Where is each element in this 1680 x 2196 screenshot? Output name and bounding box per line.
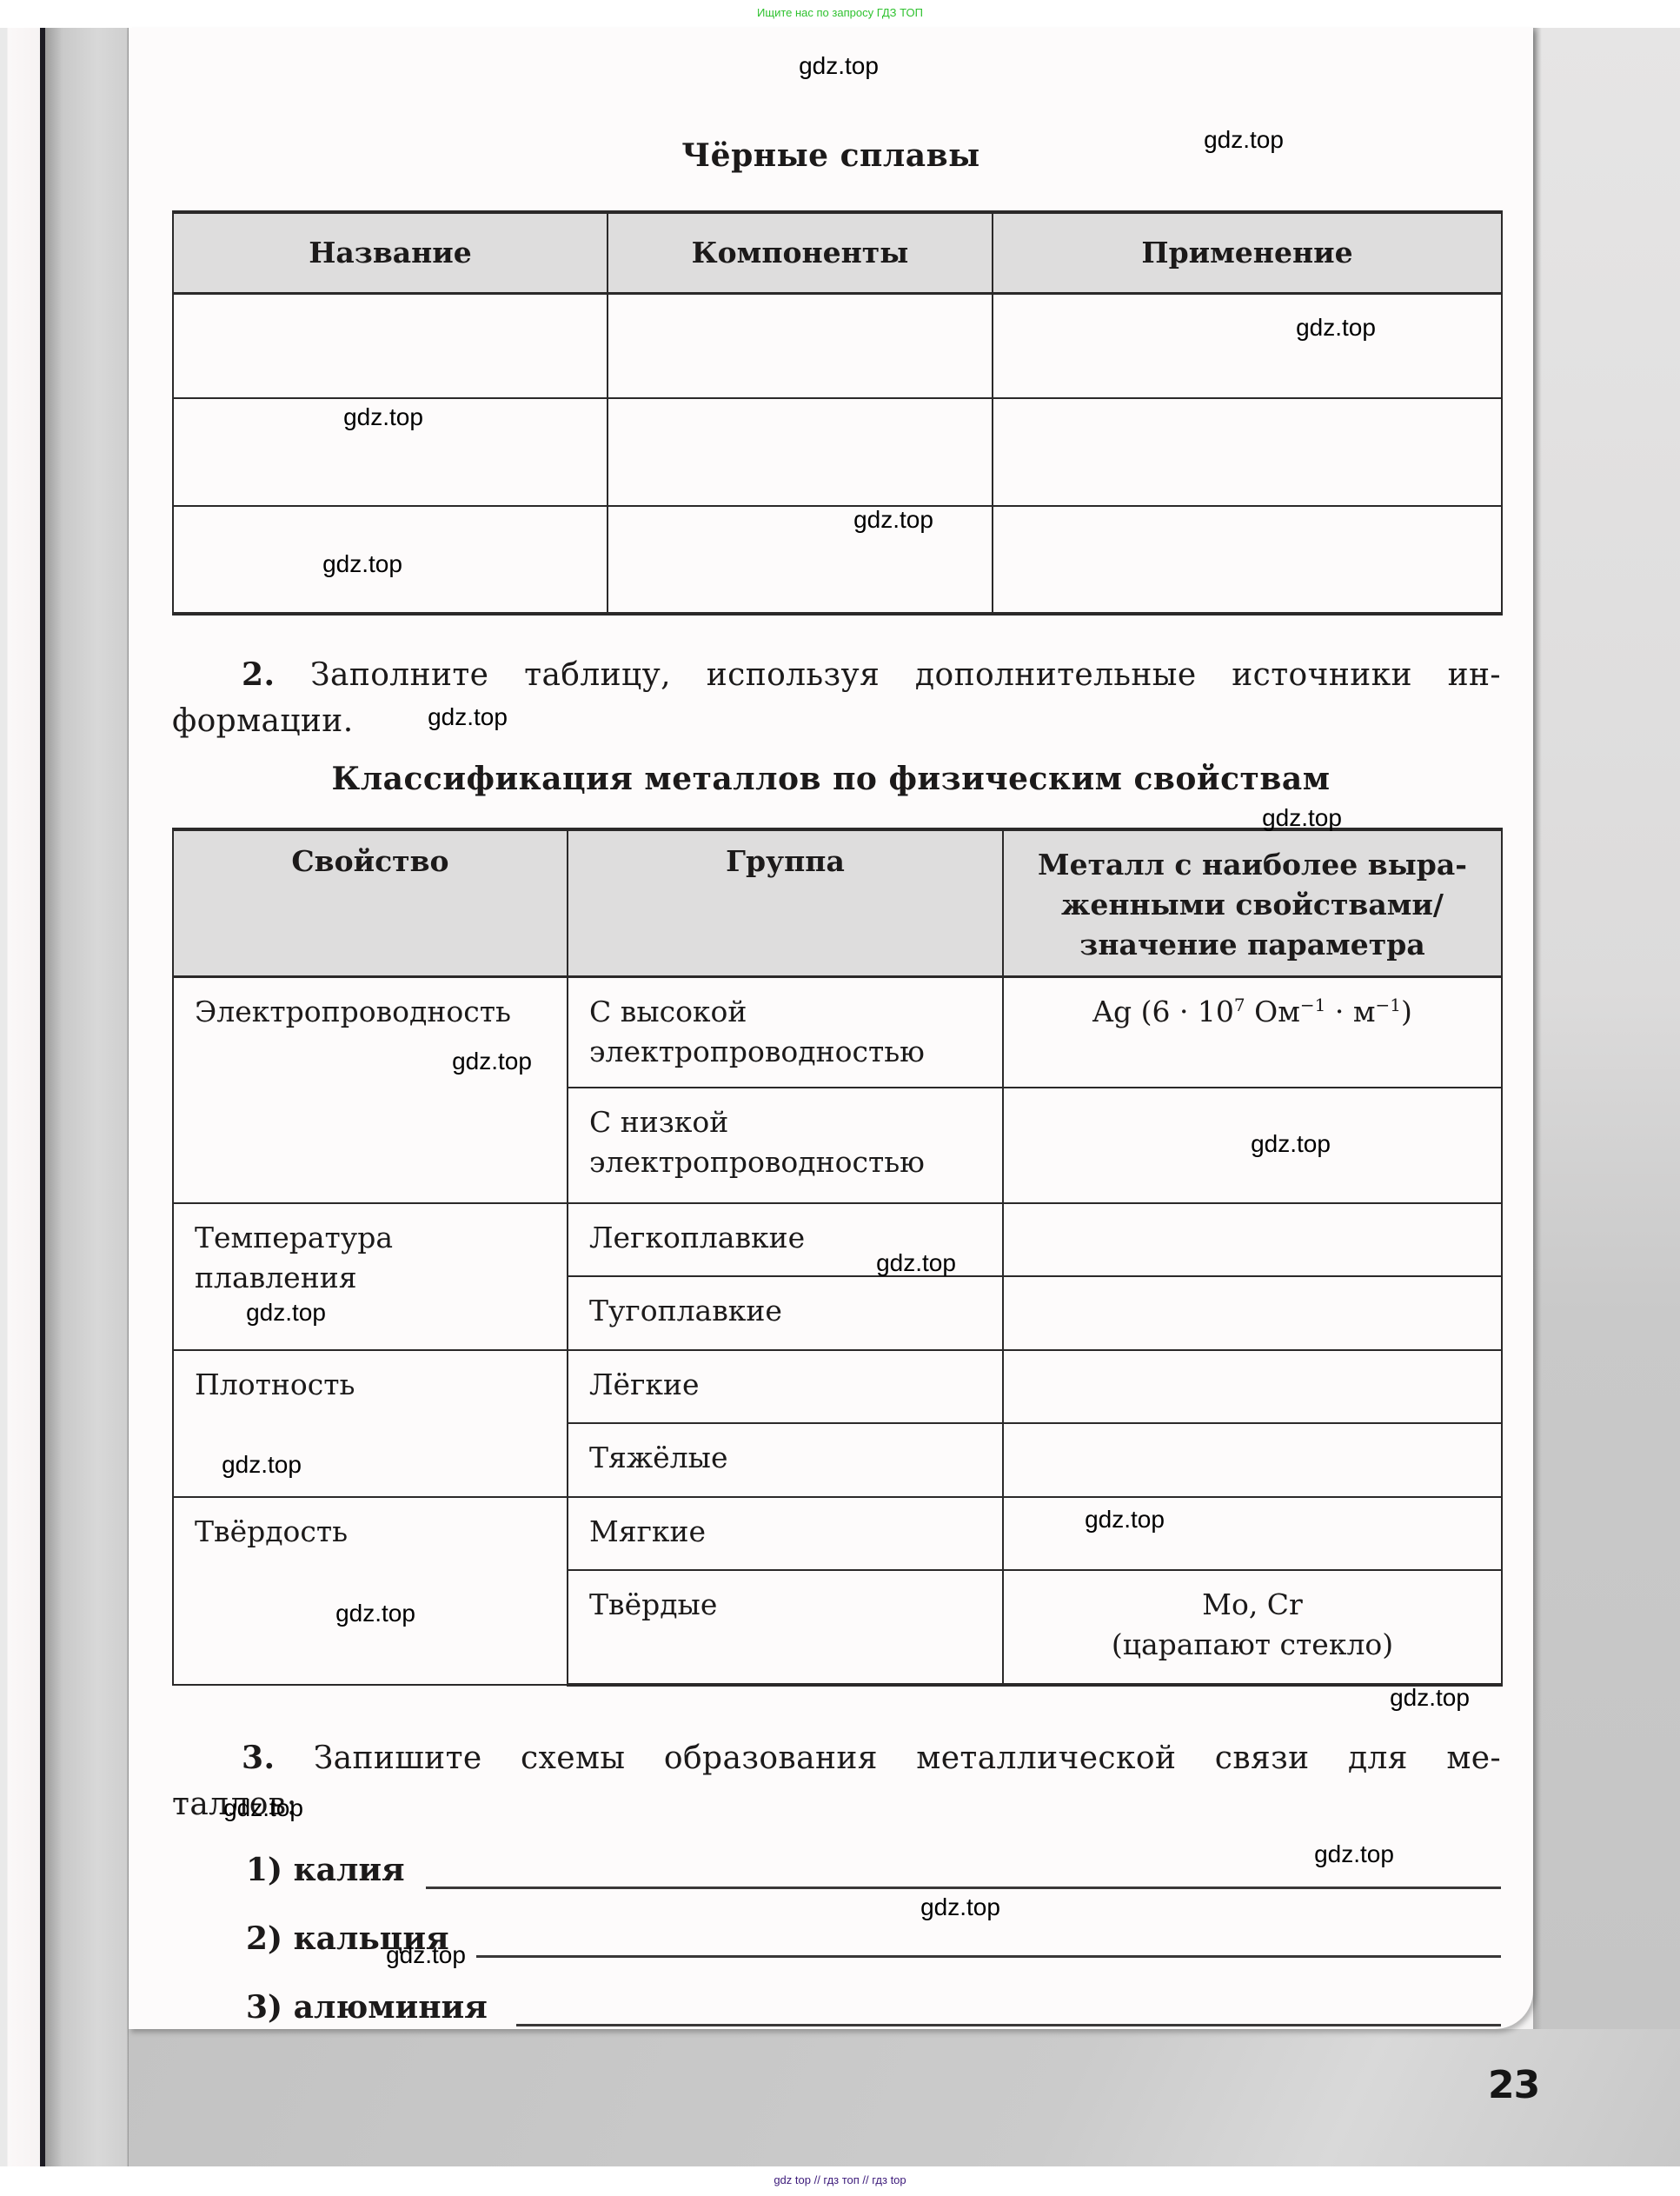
header-property: Свойство (173, 829, 568, 976)
table-cell[interactable] (608, 293, 993, 398)
group-low-conductivity: С низкой электропроводностью (568, 1088, 1003, 1203)
table-cell[interactable] (993, 293, 1502, 398)
watermark-text: gdz.top (335, 1600, 415, 1627)
watermark-text: gdz.top (1296, 314, 1376, 342)
table1-title: Чёрные сплавы (129, 137, 1533, 174)
header-group: Группа (568, 829, 1003, 976)
watermark-text: gdz.top (428, 703, 508, 731)
answer-line-aluminium[interactable] (516, 2024, 1501, 2026)
watermark-text: gdz.top (222, 1451, 302, 1479)
watermark-text: gdz.top (452, 1048, 532, 1075)
table-cell[interactable] (608, 398, 993, 506)
value-light[interactable] (1003, 1350, 1502, 1423)
watermark-text: gdz.top (386, 1941, 466, 1969)
watermark-text: gdz.top (1262, 804, 1342, 832)
task-2-line-1: 2. Заполните таблицу, используя дополнит… (172, 652, 1501, 698)
header-line: Металл с наиболее выра- (1004, 845, 1501, 885)
task-2-line-2: формации. (172, 698, 1501, 744)
watermark-text: gdz.top (343, 403, 423, 431)
header-line: женными свойствами/ (1004, 885, 1501, 925)
watermark-text: gdz.top (1204, 126, 1284, 154)
table-cell[interactable] (993, 398, 1502, 506)
header-line: значение параметра (1004, 925, 1501, 965)
task-3: 3. Запишите схемы образования металличес… (172, 1735, 1501, 1827)
group-heavy: Тяжёлые (568, 1423, 1003, 1497)
value-soft[interactable] (1003, 1497, 1502, 1570)
watermark-text: gdz.top (246, 1299, 326, 1327)
watermark-text: gdz.top (322, 550, 402, 578)
header-application: Применение (993, 212, 1502, 293)
book-scan: Чёрные сплавы Название Компоненты Примен… (0, 28, 1680, 2166)
page-number: 23 (1488, 2063, 1539, 2107)
header-name: Название (173, 212, 608, 293)
table-cell[interactable] (993, 506, 1502, 614)
table2-title: Классификация металлов по физическим сво… (129, 761, 1533, 797)
header-components: Компоненты (608, 212, 993, 293)
value-heavy[interactable] (1003, 1423, 1502, 1497)
bottom-background (129, 2029, 1680, 2166)
value-fusible[interactable] (1003, 1203, 1502, 1276)
group-hard: Твёрдые (568, 1570, 1003, 1685)
group-refractory: Тугоплавкие (568, 1276, 1003, 1350)
property-melting-temperature: Температура плавления (173, 1203, 568, 1350)
task-3-line-1: 3. Запишите схемы образования металличес… (172, 1735, 1501, 1781)
property-hardness: Твёрдость (173, 1497, 568, 1685)
watermark-text: gdz.top (223, 1794, 303, 1822)
left-page-edge (0, 28, 40, 2166)
watermark-text: gdz.top (799, 52, 879, 80)
top-banner: Ищите нас по запросу ГДЗ ТОП (0, 0, 1680, 26)
footer-links[interactable]: gdz top // гдз топ // гдз top (0, 2166, 1680, 2196)
book-spine (45, 28, 129, 2166)
value-refractory[interactable] (1003, 1276, 1502, 1350)
metal-classification-table: Свойство Группа Металл с наиболее выра- … (172, 828, 1503, 1687)
watermark-text: gdz.top (1085, 1506, 1165, 1534)
task-2-text: Заполните таблицу, используя дополнитель… (310, 657, 1501, 693)
header-metal-value: Металл с наиболее выра- женными свойства… (1003, 829, 1502, 976)
watermark-text: gdz.top (853, 506, 933, 534)
task-3-text: Запишите схемы образования металлической… (314, 1740, 1501, 1776)
property-conductivity: Электропроводность (173, 976, 568, 1203)
table-cell[interactable] (173, 293, 608, 398)
group-light: Лёгкие (568, 1350, 1003, 1423)
watermark-text: gdz.top (1390, 1684, 1470, 1712)
answer-line-potassium[interactable] (426, 1887, 1501, 1889)
watermark-text: gdz.top (1314, 1840, 1394, 1868)
answer-label-potassium: 1) калия (246, 1852, 405, 1888)
task-2: 2. Заполните таблицу, используя дополнит… (172, 652, 1501, 744)
right-background (1533, 28, 1680, 2166)
answer-line-calcium[interactable] (476, 1955, 1501, 1958)
task-3-line-2: таллов: (172, 1781, 1501, 1827)
table-cell[interactable] (608, 506, 993, 614)
group-high-conductivity: С высокой электропроводностью (568, 976, 1003, 1088)
group-soft: Мягкие (568, 1497, 1003, 1570)
task-3-number: 3. (242, 1740, 275, 1776)
answer-label-aluminium: 3) алюминия (246, 1989, 488, 2026)
watermark-text: gdz.top (920, 1893, 1000, 1921)
page-shadow (1533, 28, 1542, 2166)
watermark-text: gdz.top (876, 1249, 956, 1277)
task-2-number: 2. (242, 656, 275, 693)
watermark-text: gdz.top (1251, 1130, 1331, 1158)
value-high-conductivity[interactable]: Ag (6 · 107 Ом−1 · м−1) (1003, 976, 1502, 1088)
value-hard[interactable]: Mo, Cr (царапают стекло) (1003, 1570, 1502, 1685)
